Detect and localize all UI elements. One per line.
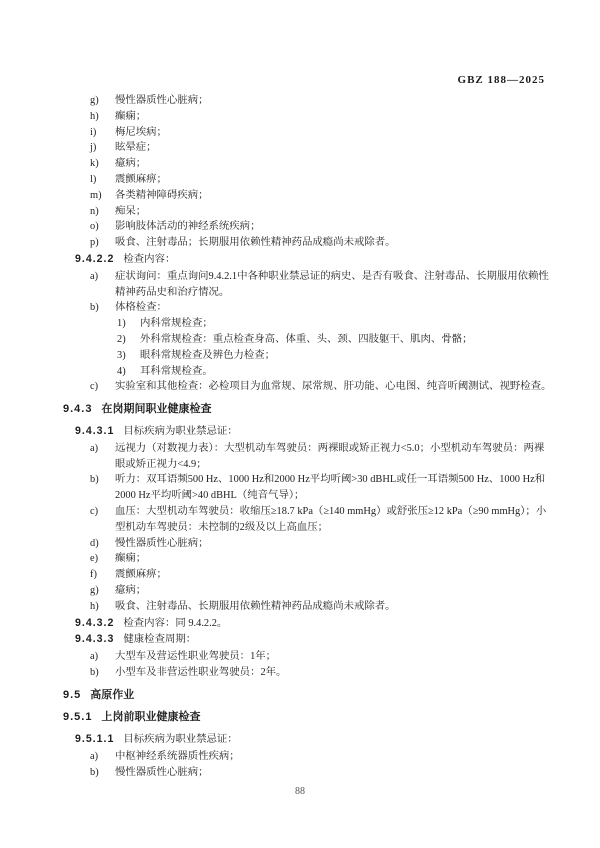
clause-number: 9.5 [63, 688, 81, 704]
clause-number: 9.4.3.1 [75, 424, 114, 440]
list-item: a)中枢神经系统器质性疾病； [90, 749, 555, 765]
list-item: b)体格检查： [90, 300, 555, 316]
item-text: 慢性器质性心脏病； [115, 765, 553, 781]
item-text: 梅尼埃病； [115, 125, 553, 141]
clause-title: 目标疾病为职业禁忌证： [123, 732, 237, 748]
item-label: m) [90, 188, 115, 204]
clause-number: 9.4.3.2 [75, 616, 114, 632]
list-item: g)癔病； [90, 583, 555, 599]
list-item: c)血压：大型机动车驾驶员：收缩压≥18.7 kPa（≥140 mmHg）或舒张… [90, 504, 555, 536]
clause-heading: 9.4.3.2检查内容：同 9.4.2.2。 [63, 616, 555, 632]
page-number: 88 [0, 786, 600, 797]
item-text: 癫痫； [115, 109, 553, 125]
clause-heading: 9.5.1上岗前职业健康检查 [63, 710, 555, 726]
list-item: h)吸食、注射毒品、长期服用依赖性精神药品成瘾尚未戒除者。 [90, 599, 555, 615]
clause-title: 在岗期间职业健康检查 [101, 402, 211, 418]
document-page: GBZ 188—2025 g)慢性器质性心脏病；h)癫痫；i)梅尼埃病；j)眩晕… [0, 0, 600, 848]
list-item: m)各类精神障碍疾病； [90, 188, 555, 204]
clause-title: 上岗前职业健康检查 [101, 710, 200, 726]
clause-heading: 9.4.3.1目标疾病为职业禁忌证： [63, 424, 555, 440]
list-item: a)症状询问：重点询问9.4.2.1中各种职业禁忌证的病史、是否有吸食、注射毒品… [90, 269, 555, 301]
clause-title: 目标疾病为职业禁忌证： [123, 424, 237, 440]
list-item: a)远视力（对数视力表）：大型机动车驾驶员：两裸眼或矫正视力<5.0；小型机动车… [90, 441, 555, 473]
item-text: 癔病； [115, 156, 553, 172]
list-item: 3)眼科常规检查及辨色力检查； [117, 348, 555, 364]
item-text: 癔病； [115, 583, 553, 599]
item-label: n) [90, 204, 115, 220]
clause-title: 健康检查周期： [123, 632, 196, 648]
standard-code: GBZ 188—2025 [458, 74, 545, 86]
list-item: n)痴呆； [90, 204, 555, 220]
item-text: 体格检查： [115, 300, 553, 316]
clause-title: 检查内容： [123, 252, 175, 268]
item-label: a) [90, 649, 115, 665]
item-text: 耳科常规检查。 [140, 364, 544, 380]
item-label: g) [90, 93, 115, 109]
clause-heading: 9.4.3.3健康检查周期： [63, 632, 555, 648]
list-item: d)慢性器质性心脏病； [90, 536, 555, 552]
item-text: 眩晕症； [115, 140, 553, 156]
list-item: 1)内科常规检查； [117, 316, 555, 332]
list-item: k)癔病； [90, 156, 555, 172]
clause-number: 9.4.3.3 [75, 632, 114, 648]
item-text: 听力：双耳语频500 Hz、1000 Hz和2000 Hz平均听阈>30 dBH… [115, 472, 553, 504]
item-label: h) [90, 109, 115, 125]
item-label: b) [90, 300, 115, 316]
item-text: 血压：大型机动车驾驶员：收缩压≥18.7 kPa（≥140 mmHg）或舒张压≥… [115, 504, 553, 536]
item-text: 远视力（对数视力表）：大型机动车驾驶员：两裸眼或矫正视力<5.0；小型机动车驾驶… [115, 441, 553, 473]
item-label: 3) [117, 348, 140, 364]
item-label: e) [90, 551, 115, 567]
item-text: 吸食、注射毒品；长期服用依赖性精神药品成瘾尚未戒除者。 [115, 235, 553, 251]
item-text: 各类精神障碍疾病； [115, 188, 553, 204]
clause-title: 检查内容：同 9.4.2.2。 [123, 616, 227, 632]
list-item: b)小型车及非营运性职业驾驶员：2年。 [90, 665, 555, 681]
item-text: 震颤麻痹； [115, 172, 553, 188]
item-text: 慢性器质性心脏病； [115, 536, 553, 552]
item-label: a) [90, 441, 115, 457]
item-text: 影响肢体活动的神经系统疾病； [115, 219, 553, 235]
item-text: 吸食、注射毒品、长期服用依赖性精神药品成瘾尚未戒除者。 [115, 599, 553, 615]
item-text: 大型车及营运性职业驾驶员：1年； [115, 649, 553, 665]
item-label: f) [90, 567, 115, 583]
item-label: 2) [117, 332, 140, 348]
item-text: 癫痫； [115, 551, 553, 567]
clause-number: 9.5.1.1 [75, 732, 114, 748]
clause-heading: 9.5高原作业 [63, 688, 555, 704]
list-item: b)慢性器质性心脏病； [90, 765, 555, 781]
list-item: i)梅尼埃病； [90, 125, 555, 141]
item-label: l) [90, 172, 115, 188]
clause-heading: 9.4.3在岗期间职业健康检查 [63, 402, 555, 418]
item-label: b) [90, 765, 115, 781]
item-text: 中枢神经系统器质性疾病； [115, 749, 553, 765]
item-label: c) [90, 504, 115, 520]
list-item: g)慢性器质性心脏病； [90, 93, 555, 109]
list-item: h)癫痫； [90, 109, 555, 125]
item-text: 慢性器质性心脏病； [115, 93, 553, 109]
item-text: 震颤麻痹； [115, 567, 553, 583]
item-label: d) [90, 536, 115, 552]
document-body: g)慢性器质性心脏病；h)癫痫；i)梅尼埃病；j)眩晕症；k)癔病；l)震颤麻痹… [63, 93, 555, 781]
clause-number: 9.5.1 [63, 710, 92, 726]
clause-number: 9.4.2.2 [75, 252, 114, 268]
item-label: g) [90, 583, 115, 599]
item-label: c) [90, 379, 115, 395]
item-label: 1) [117, 316, 140, 332]
list-item: f)震颤麻痹； [90, 567, 555, 583]
item-label: b) [90, 472, 115, 488]
list-item: c)实验室和其他检查：必检项目为血常规、尿常规、肝功能、心电图、纯音听阈测试、视… [90, 379, 555, 395]
item-label: i) [90, 125, 115, 141]
list-item: 2)外科常规检查：重点检查身高、体重、头、颈、四肢躯干、肌肉、骨骼； [117, 332, 555, 348]
list-item: p)吸食、注射毒品；长期服用依赖性精神药品成瘾尚未戒除者。 [90, 235, 555, 251]
item-label: o) [90, 219, 115, 235]
clause-heading: 9.4.2.2检查内容： [63, 252, 555, 268]
clause-title: 高原作业 [90, 688, 134, 704]
clause-number: 9.4.3 [63, 402, 92, 418]
list-item: a)大型车及营运性职业驾驶员：1年； [90, 649, 555, 665]
list-item: o)影响肢体活动的神经系统疾病； [90, 219, 555, 235]
item-label: k) [90, 156, 115, 172]
item-label: b) [90, 665, 115, 681]
item-label: j) [90, 140, 115, 156]
item-label: a) [90, 269, 115, 285]
item-text: 实验室和其他检查：必检项目为血常规、尿常规、肝功能、心电图、纯音听阈测试、视野检… [115, 379, 553, 395]
item-text: 症状询问：重点询问9.4.2.1中各种职业禁忌证的病史、是否有吸食、注射毒品、长… [115, 269, 553, 301]
list-item: 4)耳科常规检查。 [117, 364, 555, 380]
list-item: b)听力：双耳语频500 Hz、1000 Hz和2000 Hz平均听阈>30 d… [90, 472, 555, 504]
item-text: 内科常规检查； [140, 316, 544, 332]
list-item: e)癫痫； [90, 551, 555, 567]
item-text: 痴呆； [115, 204, 553, 220]
list-item: j)眩晕症； [90, 140, 555, 156]
list-item: l)震颤麻痹； [90, 172, 555, 188]
item-label: h) [90, 599, 115, 615]
item-text: 外科常规检查：重点检查身高、体重、头、颈、四肢躯干、肌肉、骨骼； [140, 332, 544, 348]
item-label: 4) [117, 364, 140, 380]
item-label: a) [90, 749, 115, 765]
clause-heading: 9.5.1.1目标疾病为职业禁忌证： [63, 732, 555, 748]
item-text: 小型车及非营运性职业驾驶员：2年。 [115, 665, 553, 681]
item-text: 眼科常规检查及辨色力检查； [140, 348, 544, 364]
item-label: p) [90, 235, 115, 251]
